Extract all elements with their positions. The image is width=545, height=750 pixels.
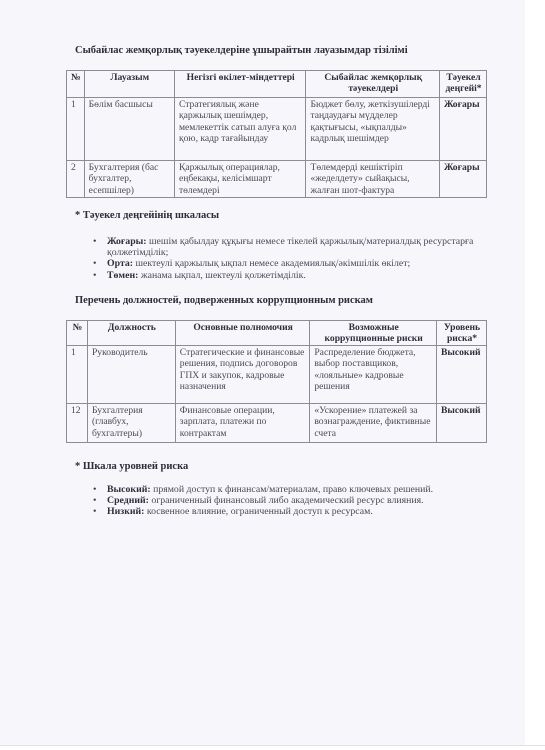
header-risk-level: Уровень риска*	[436, 321, 486, 346]
scan-edge-right	[525, 0, 545, 750]
scan-edge-bottom	[0, 745, 545, 750]
list-item: Жоғары: шешім қабылдау құқығы немесе тік…	[93, 236, 488, 258]
header-position: Должность	[87, 321, 175, 346]
header-position: Лауазым	[84, 71, 174, 98]
list-item: Низкий: косвенное влияние, ограниченный …	[93, 506, 488, 517]
cell-risks: Распределение бюджета, выбор поставщиков…	[310, 346, 437, 404]
risk-positions-table-ru: № Должность Основные полномочия Возможны…	[66, 320, 487, 443]
table-row: 2 Бухгалтерия (бас бухгалтер, есепшілер)…	[67, 161, 487, 198]
risk-scale-title-kz: * Тәуекел деңгейінің шкаласы	[75, 210, 219, 221]
section-title-kz: Сыбайлас жемқорлық тәуекелдеріне ұшырайт…	[75, 45, 408, 56]
cell-position: Бухгалтерия (бас бухгалтер, есепшілер)	[84, 161, 174, 198]
risk-positions-table-kz: № Лауазым Негізгі өкілет-міндеттері Сыба…	[66, 70, 487, 198]
cell-risks: Төлемдерді кешіктіріп «жеделдету» сыйақы…	[306, 161, 440, 198]
cell-number: 1	[67, 346, 88, 404]
cell-risk-level: Высокий	[436, 404, 486, 443]
table-header-row: № Должность Основные полномочия Возможны…	[67, 321, 487, 346]
table-row: 1 Бөлім басшысы Стратегиялық және қаржыл…	[67, 98, 487, 161]
header-number: №	[67, 71, 85, 98]
cell-risks: Бюджет бөлу, жеткізушілерді таңдаудағы м…	[306, 98, 440, 161]
table-row: 1 Руководитель Стратегические и финансов…	[67, 346, 487, 404]
scale-term: Орта:	[107, 258, 133, 269]
cell-position: Бухгалтерия (главбух, бухгалтеры)	[87, 404, 175, 443]
cell-duties: Стратегиялық және қаржылық шешімдер, мем…	[174, 98, 306, 161]
cell-risk-level: Жоғары	[440, 161, 487, 198]
cell-number: 12	[67, 404, 88, 443]
cell-position: Руководитель	[87, 346, 175, 404]
scale-term: Высокий:	[107, 484, 151, 495]
cell-number: 2	[67, 161, 85, 198]
cell-duties: Стратегические и финансовые решения, под…	[175, 346, 310, 404]
scale-term: Төмен:	[107, 270, 138, 281]
header-risks: Возможные коррупционные риски	[310, 321, 437, 346]
scale-text: ограниченный финансовый либо академическ…	[149, 495, 424, 506]
list-item: Орта: шектеулі қаржылық ықпал немесе ака…	[93, 258, 488, 269]
scale-text: шешім қабылдау құқығы немесе тікелей қар…	[107, 236, 473, 258]
header-risks: Сыбайлас жемқорлық тәуекелдері	[306, 71, 440, 98]
cell-position: Бөлім басшысы	[84, 98, 174, 161]
scale-term: Средний:	[107, 495, 149, 506]
table-header-row: № Лауазым Негізгі өкілет-міндеттері Сыба…	[67, 71, 487, 98]
scale-term: Низкий:	[107, 506, 144, 517]
list-item: Высокий: прямой доступ к финансам/матери…	[93, 484, 488, 495]
risk-scale-title-ru: * Шкала уровней риска	[75, 461, 188, 472]
cell-duties: Финансовые операции, зарплата, платежи п…	[175, 404, 310, 443]
scale-text: прямой доступ к финансам/материалам, пра…	[151, 484, 433, 495]
scale-text: косвенное влияние, ограниченный доступ к…	[144, 506, 372, 517]
table-row: 12 Бухгалтерия (главбух, бухгалтеры) Фин…	[67, 404, 487, 443]
header-duties: Основные полномочия	[175, 321, 310, 346]
scale-text: жанама ықпал, шектеулі қолжетімділік.	[138, 270, 305, 281]
scale-text: шектеулі қаржылық ықпал немесе академиял…	[133, 258, 410, 269]
risk-scale-list-kz: Жоғары: шешім қабылдау құқығы немесе тік…	[93, 236, 488, 281]
header-number: №	[67, 321, 88, 346]
cell-duties: Қаржылық операциялар, еңбекақы, келісімш…	[174, 161, 306, 198]
cell-risk-level: Жоғары	[440, 98, 487, 161]
cell-risk-level: Высокий	[436, 346, 486, 404]
scale-term: Жоғары:	[107, 236, 147, 247]
section-title-ru: Перечень должностей, подверженных корруп…	[75, 295, 373, 306]
cell-number: 1	[67, 98, 85, 161]
list-item: Средний: ограниченный финансовый либо ак…	[93, 495, 488, 506]
header-risk-level: Тәуекел деңгейі*	[440, 71, 487, 98]
risk-scale-list-ru: Высокий: прямой доступ к финансам/матери…	[93, 484, 488, 518]
header-duties: Негізгі өкілет-міндеттері	[174, 71, 306, 98]
list-item: Төмен: жанама ықпал, шектеулі қолжетімді…	[93, 270, 488, 281]
cell-risks: «Ускорение» платежей за вознаграждение, …	[310, 404, 437, 443]
